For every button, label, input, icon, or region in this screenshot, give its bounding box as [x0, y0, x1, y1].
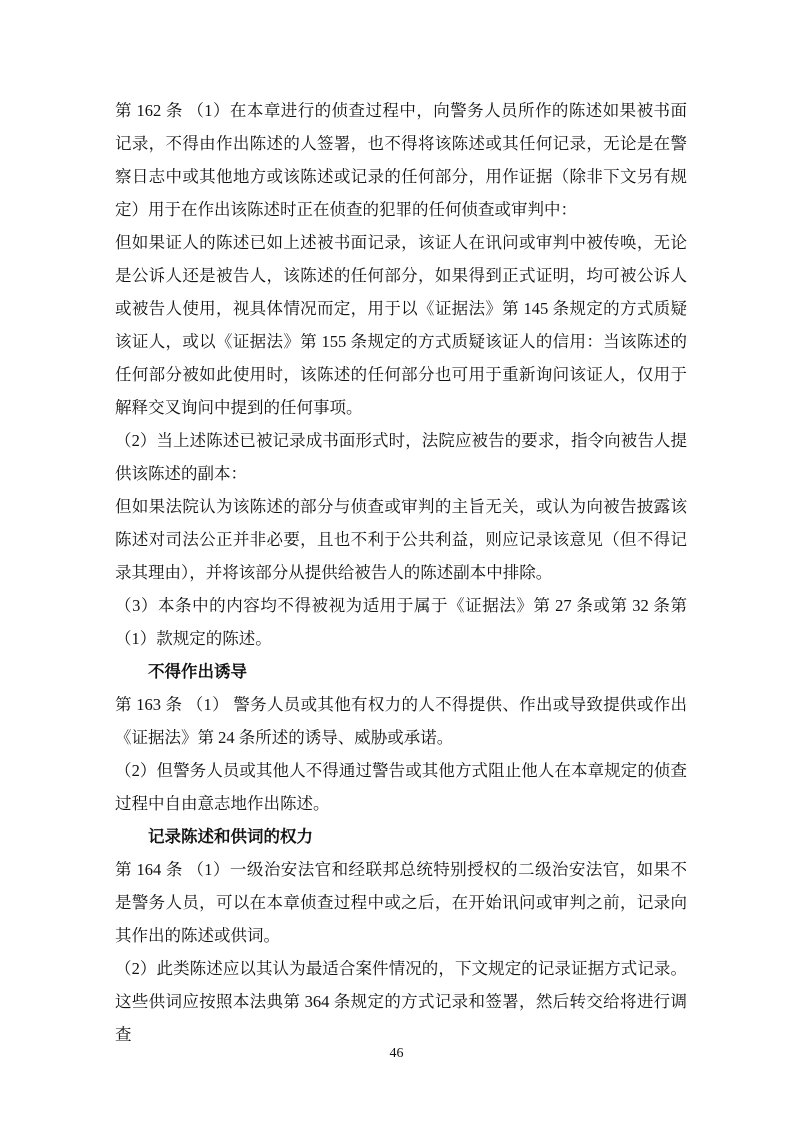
- section-heading-power-to-record: 记录陈述和供词的权力: [115, 820, 687, 853]
- body-paragraph-section-163-1: 第 163 条 （1） 警务人员或其他有权力的人不得提供、作出或导致提供或作出《…: [115, 688, 687, 754]
- body-paragraph-section-162-3: （3）本条中的内容均不得被视为适用于属于《证据法》第 27 条或第 32 条第（…: [115, 589, 687, 655]
- text-body: 第 162 条 （1）在本章进行的侦查过程中，向警务人员所作的陈述如果被书面记录…: [115, 94, 687, 1051]
- body-paragraph-section-162-1: 第 162 条 （1）在本章进行的侦查过程中，向警务人员所作的陈述如果被书面记录…: [115, 94, 687, 226]
- page-number: 46: [0, 1044, 793, 1064]
- body-paragraph-section-162-proviso: 但如果证人的陈述已如上述被书面记录，该证人在讯问或审判中被传唤，无论是公诉人还是…: [115, 226, 687, 424]
- body-paragraph-section-164-2: （2）此类陈述应以其认为最适合案件情况的，下文规定的记录证据方式记录。这些供词应…: [115, 952, 687, 1051]
- body-paragraph-section-162-2-proviso: 但如果法院认为该陈述的部分与侦查或审判的主旨无关，或认为向被告披露该陈述对司法公…: [115, 490, 687, 589]
- body-paragraph-section-162-2: （2）当上述陈述已被记录成书面形式时，法院应被告的要求，指令向被告人提供该陈述的…: [115, 424, 687, 490]
- body-paragraph-section-163-2: （2）但警务人员或其他人不得通过警告或其他方式阻止他人在本章规定的侦查过程中自由…: [115, 754, 687, 820]
- document-page: 第 162 条 （1）在本章进行的侦查过程中，向警务人员所作的陈述如果被书面记录…: [0, 0, 793, 1122]
- section-heading-no-inducement: 不得作出诱导: [115, 655, 687, 688]
- body-paragraph-section-164-1: 第 164 条 （1）一级治安法官和经联邦总统特别授权的二级治安法官，如果不是警…: [115, 853, 687, 952]
